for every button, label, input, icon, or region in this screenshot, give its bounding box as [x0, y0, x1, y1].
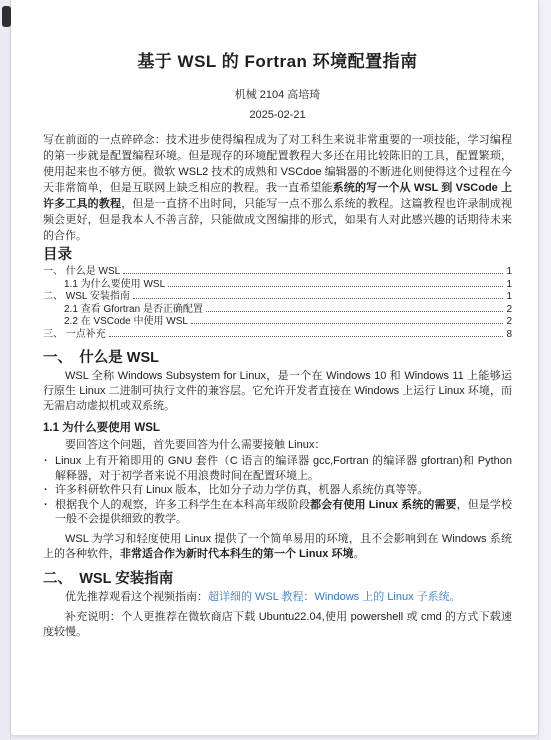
- section-1-heading: 一、 什么是 WSL: [43, 349, 512, 367]
- toc-leader: [133, 298, 504, 299]
- page-title: 基于 WSL 的 Fortran 环境配置指南: [43, 50, 512, 74]
- toc-leader: [191, 323, 504, 324]
- bullet-item-2: 许多科研软件只有 Linux 版本，比如分子动力学仿真，机器人系统仿真等等。: [43, 483, 512, 498]
- corner-mark: [2, 6, 11, 27]
- toc-leader: [123, 273, 503, 274]
- toc-entry-label: 1.1 为什么要使用 WSL: [64, 279, 165, 292]
- bullet-3-run-1: 根据我个人的观察，许多工科学生在本科高年级阶段: [55, 499, 310, 511]
- right-gutter: [538, 0, 551, 740]
- bullet-item-1: Linux 上有开箱即用的 GNU 套件（C 语言的编译器 gcc,Fortra…: [43, 454, 512, 483]
- author-line: 机械 2104 高培琦: [43, 87, 512, 103]
- section-1-1-heading: 1.1 为什么要使用 WSL: [43, 421, 512, 436]
- bullet-2-text: 许多科研软件只有 Linux 版本，比如分子动力学仿真，机器人系统仿真等等。: [55, 484, 428, 496]
- supplement-paragraph: 补充说明：个人更推荐在微软商店下载 Ubuntu22.04,使用 powersh…: [43, 610, 512, 640]
- closing-run-bold: 非常适合作为新时代本科生的第一个 Linux 环境: [120, 548, 353, 560]
- toc-leader: [109, 336, 504, 337]
- toc-entry-2-2[interactable]: 2.2 在 VSCode 中使用 WSL 2: [43, 316, 512, 329]
- toc-page-number: 2: [506, 304, 512, 317]
- video-guide-link[interactable]: 超详细的 WSL 教程：Windows 上的 Linux 子系统。: [208, 591, 461, 603]
- toc-entry-3[interactable]: 三、 一点补充 8: [43, 329, 512, 342]
- video-guide-prefix: 优先推荐观看这个视频指南：: [65, 591, 208, 603]
- toc-heading: 目录: [43, 247, 512, 264]
- toc-entry-label: 三、 一点补充: [43, 329, 106, 342]
- intro-paragraph: 写在前面的一点碎碎念：技术进步使得编程成为了对工科生来说非常重要的一项技能，学习…: [43, 132, 512, 244]
- closing-run-3: 。: [353, 548, 364, 560]
- toc-page-number: 8: [506, 329, 512, 342]
- table-of-contents: 一、 什么是 WSL 1 1.1 为什么要使用 WSL 1 二、 WSL 安装指…: [43, 266, 512, 341]
- video-guide-line: 优先推荐观看这个视频指南：超详细的 WSL 教程：Windows 上的 Linu…: [43, 590, 512, 605]
- toc-entry-2[interactable]: 二、 WSL 安装指南 1: [43, 291, 512, 304]
- toc-entry-label: 一、 什么是 WSL: [43, 266, 120, 279]
- document-content: 基于 WSL 的 Fortran 环境配置指南 机械 2104 高培琦 2025…: [11, 0, 538, 640]
- toc-entry-1[interactable]: 一、 什么是 WSL 1: [43, 266, 512, 279]
- toc-page-number: 2: [506, 316, 512, 329]
- toc-page-number: 1: [506, 291, 512, 304]
- toc-leader: [168, 286, 503, 287]
- toc-entry-2-1[interactable]: 2.1 查看 Gfortran 是否正确配置 2: [43, 304, 512, 317]
- date-line: 2025-02-21: [43, 107, 512, 123]
- toc-entry-label: 2.2 在 VSCode 中使用 WSL: [64, 316, 188, 329]
- bullet-3-run-bold: 都会有使用 Linux 系统的需要: [310, 499, 457, 511]
- section-1-1-intro: 要回答这个问题，首先要回答为什么需要接触 Linux：: [43, 438, 512, 453]
- bullet-item-3: 根据我个人的观察，许多工科学生在本科高年级阶段都会有使用 Linux 系统的需要…: [43, 498, 512, 527]
- section-1-paragraph: WSL 全称 Windows Subsystem for Linux，是一个在 …: [43, 369, 512, 414]
- document-page: 基于 WSL 的 Fortran 环境配置指南 机械 2104 高培琦 2025…: [11, 0, 538, 735]
- toc-entry-1-1[interactable]: 1.1 为什么要使用 WSL 1: [43, 279, 512, 292]
- section-1-closing-paragraph: WSL 为学习和轻度使用 Linux 提供了一个简单易用的环境，且不会影响到在 …: [43, 532, 512, 562]
- toc-page-number: 1: [506, 279, 512, 292]
- bullet-list: Linux 上有开箱即用的 GNU 套件（C 语言的编译器 gcc,Fortra…: [43, 454, 512, 527]
- section-2-heading: 二、 WSL 安装指南: [43, 570, 512, 588]
- bullet-1-text: Linux 上有开箱即用的 GNU 套件（C 语言的编译器 gcc,Fortra…: [55, 455, 512, 482]
- toc-page-number: 1: [506, 266, 512, 279]
- toc-entry-label: 二、 WSL 安装指南: [43, 291, 130, 304]
- left-gutter: [0, 0, 11, 740]
- toc-leader: [206, 311, 504, 312]
- toc-entry-label: 2.1 查看 Gfortran 是否正确配置: [64, 304, 203, 317]
